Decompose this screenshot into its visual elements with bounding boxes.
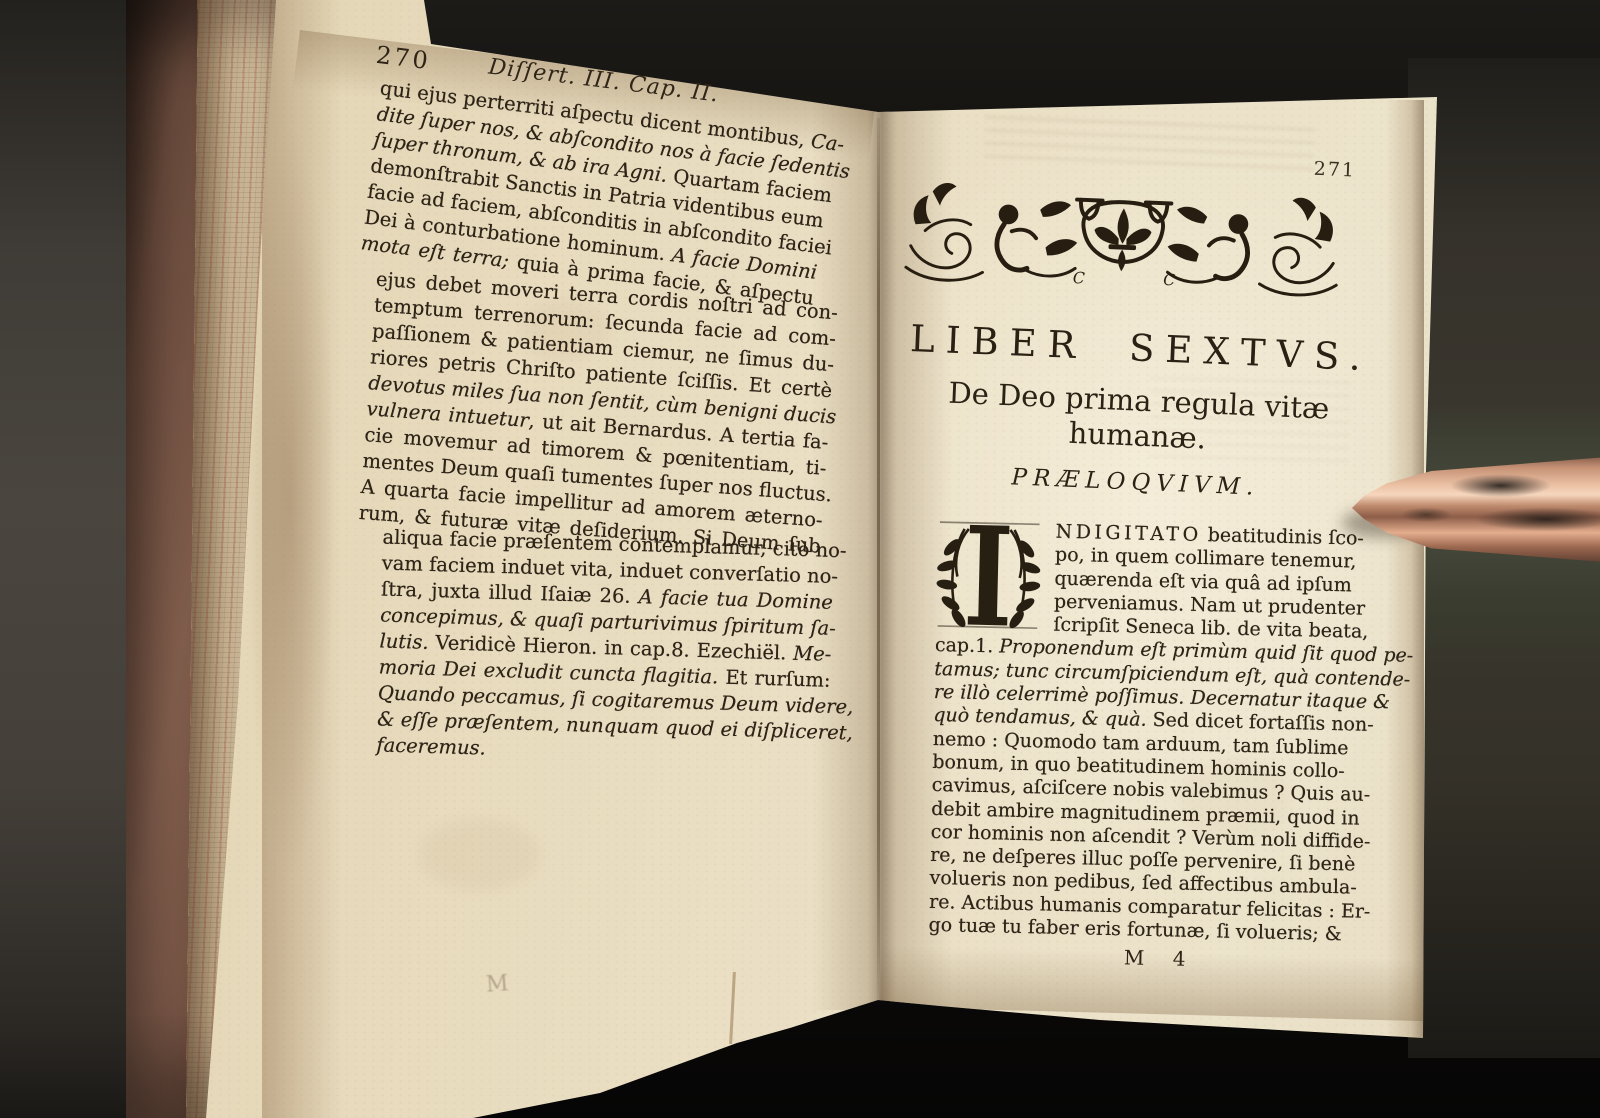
text-segment: A facie tua Domine [638,585,833,614]
gutter-crease-line [877,118,880,1006]
fleur-de-lis-icon [1093,207,1153,272]
left-page-text-bottom: aliqua facie præſentem contemplamur, cit… [360,524,835,772]
initial-letter-I [968,525,1010,626]
show-through-letter: M [485,971,509,998]
left-page-text-middle: ejus debet moveri terra cordis noſtri ad… [351,266,839,560]
left-page-lines-2: ejus debet moveri terra cordis noſtri ad… [351,266,839,560]
text-segment: Me- [793,642,832,666]
text-segment: cap.1. [935,634,1000,657]
left-page-number: 270 [375,41,433,75]
text-segment: lutis. [379,629,429,653]
text-segment: faceremus. [376,733,486,759]
foxing-stain [420,820,540,890]
right-page-body: NDIGITATO beatitudinis ſco-po, in quem c… [928,512,1350,975]
drop-cap-initial-I [935,520,1041,630]
right-page-number: 271 [1313,158,1356,182]
headpiece-woodcut-ornament: C C [897,173,1348,310]
headpiece-letter: C [1072,268,1085,287]
text-segment: Et rurſum: [718,665,831,691]
left-page-edge-shadow [262,0,342,1118]
text-segment: NDIGITATO [1055,521,1202,546]
text-segment: beatitudinis ſco- [1201,524,1364,550]
headpiece-letter: C [1163,270,1176,289]
book-photograph: M 270 Diſſert. III. Cap. II. qui ejus pe… [0,0,1600,1118]
book-title: LIBER SEXTVS. [880,316,1401,381]
right-page-heading: 271 [875,130,1409,506]
text-segment: quò tendamus, & quà. [933,704,1147,731]
left-page-lines-3: aliqua facie præſentem contemplamur, cit… [360,524,835,772]
signature-mark: M 4 [1124,946,1340,975]
text-segment: Ca- [810,129,846,156]
